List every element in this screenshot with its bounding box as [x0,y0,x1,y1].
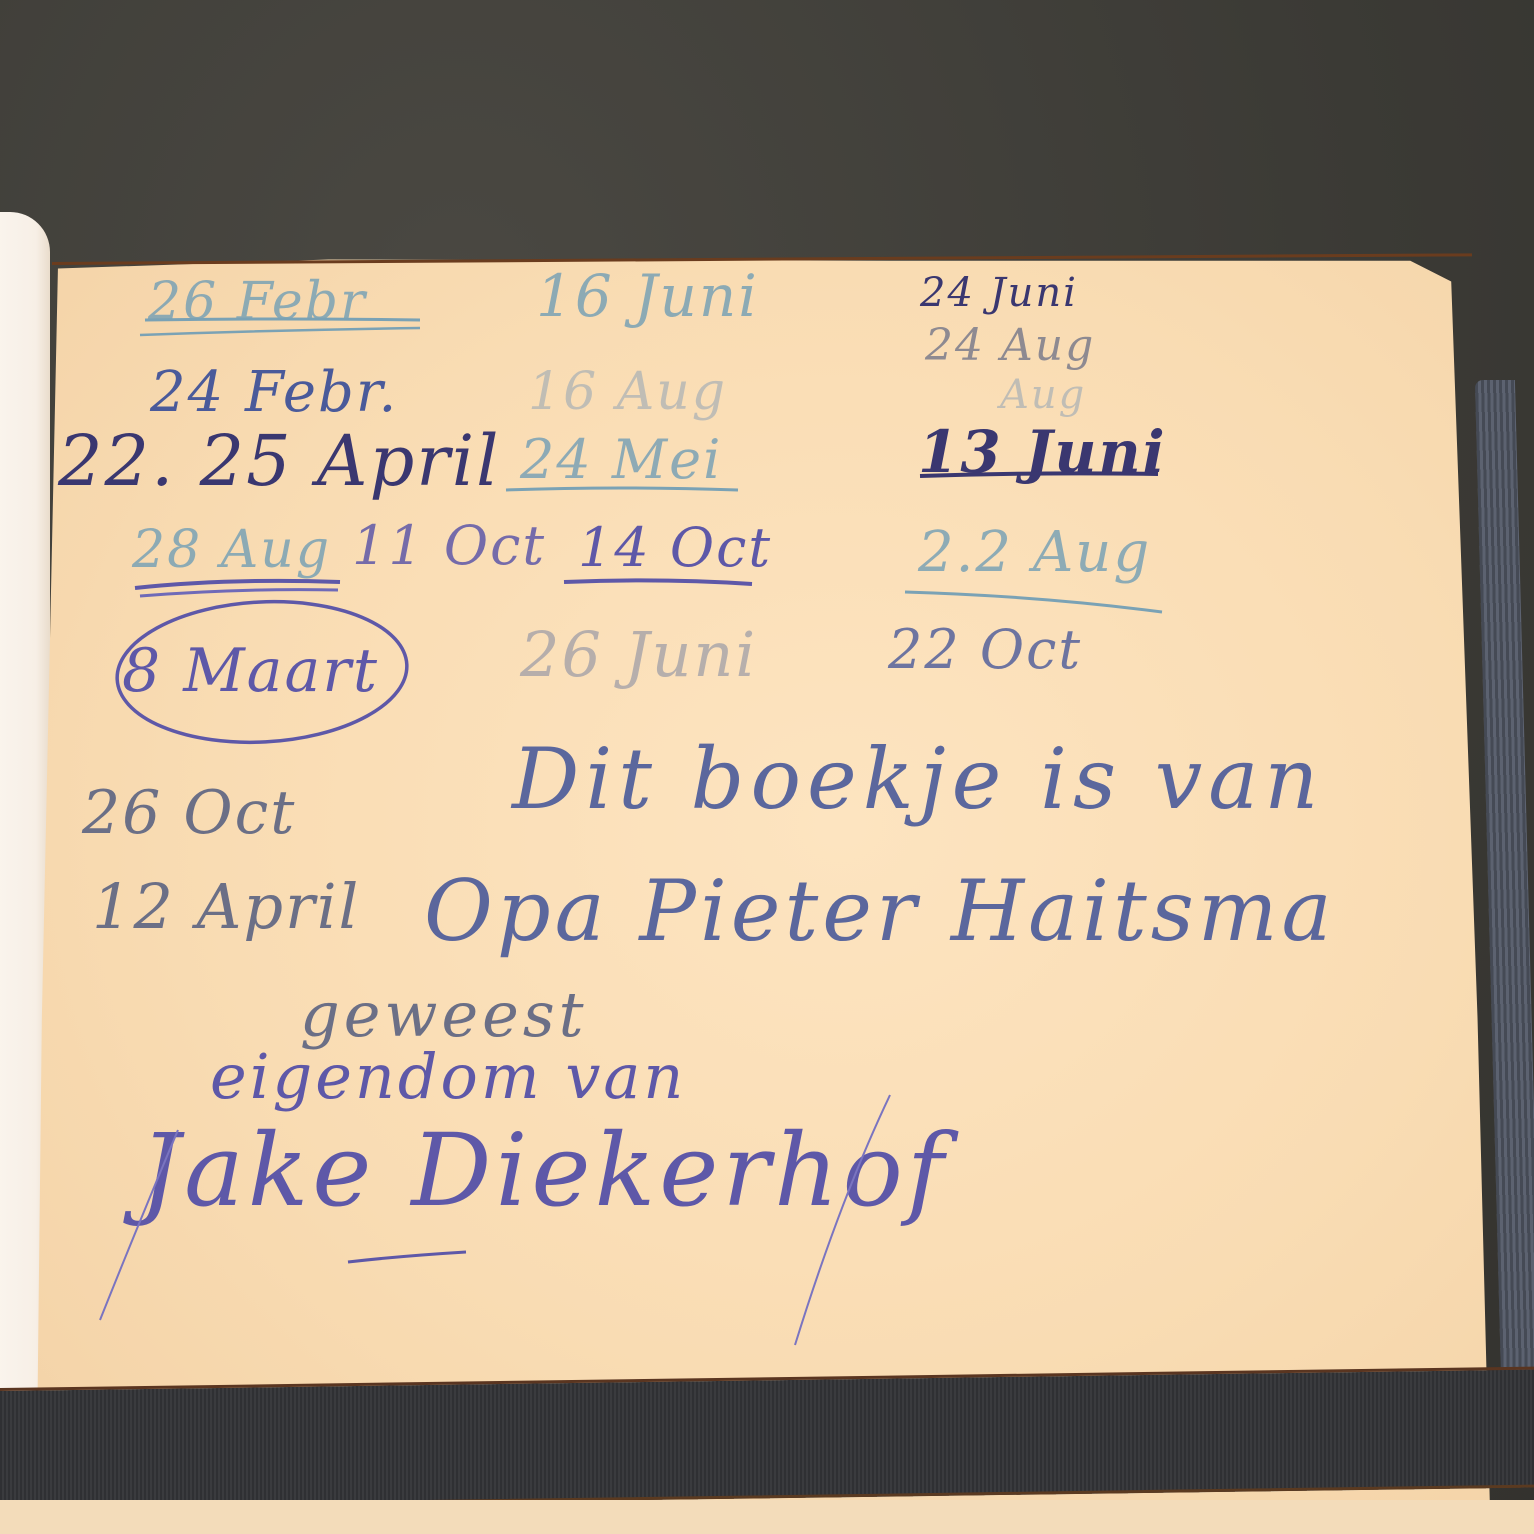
date-entry: 2.2 Aug [918,520,1151,585]
date-entry: 11 Oct [352,514,546,577]
date-entry: 24 Juni [920,270,1078,316]
date-entry: 13 Juni [918,418,1167,486]
date-entry: 14 Oct [578,516,772,579]
date-entry: 24 Aug [925,320,1095,371]
inscription-line-1: Dit boekje is van [512,730,1324,828]
date-entry: 26 Febr [148,272,367,332]
date-entry: 22. 25 April [58,420,501,502]
date-entry: 16 Juni [536,262,759,330]
date-entry-circled: 8 Maart [122,636,379,706]
date-entry: 24 Febr. [150,360,398,425]
date-entry: 22 Oct [888,618,1082,681]
date-entry: 26 Juni [520,618,757,691]
date-entry-faint: Aug [1000,372,1086,418]
date-entry-faint: 16 Aug [528,362,727,422]
inscription-line-4: eigendom van [210,1040,686,1113]
page-bottom [0,1500,1534,1534]
date-entry: 26 Oct [82,778,296,848]
elastic-band [0,1367,1534,1509]
date-entry: 24 Mei [520,428,722,491]
signature: Jake Diekerhof [140,1112,948,1229]
date-entry: 28 Aug [132,520,331,580]
date-entry: 12 April [92,870,360,943]
inscription-line-2: Opa Pieter Haitsma [424,862,1336,960]
